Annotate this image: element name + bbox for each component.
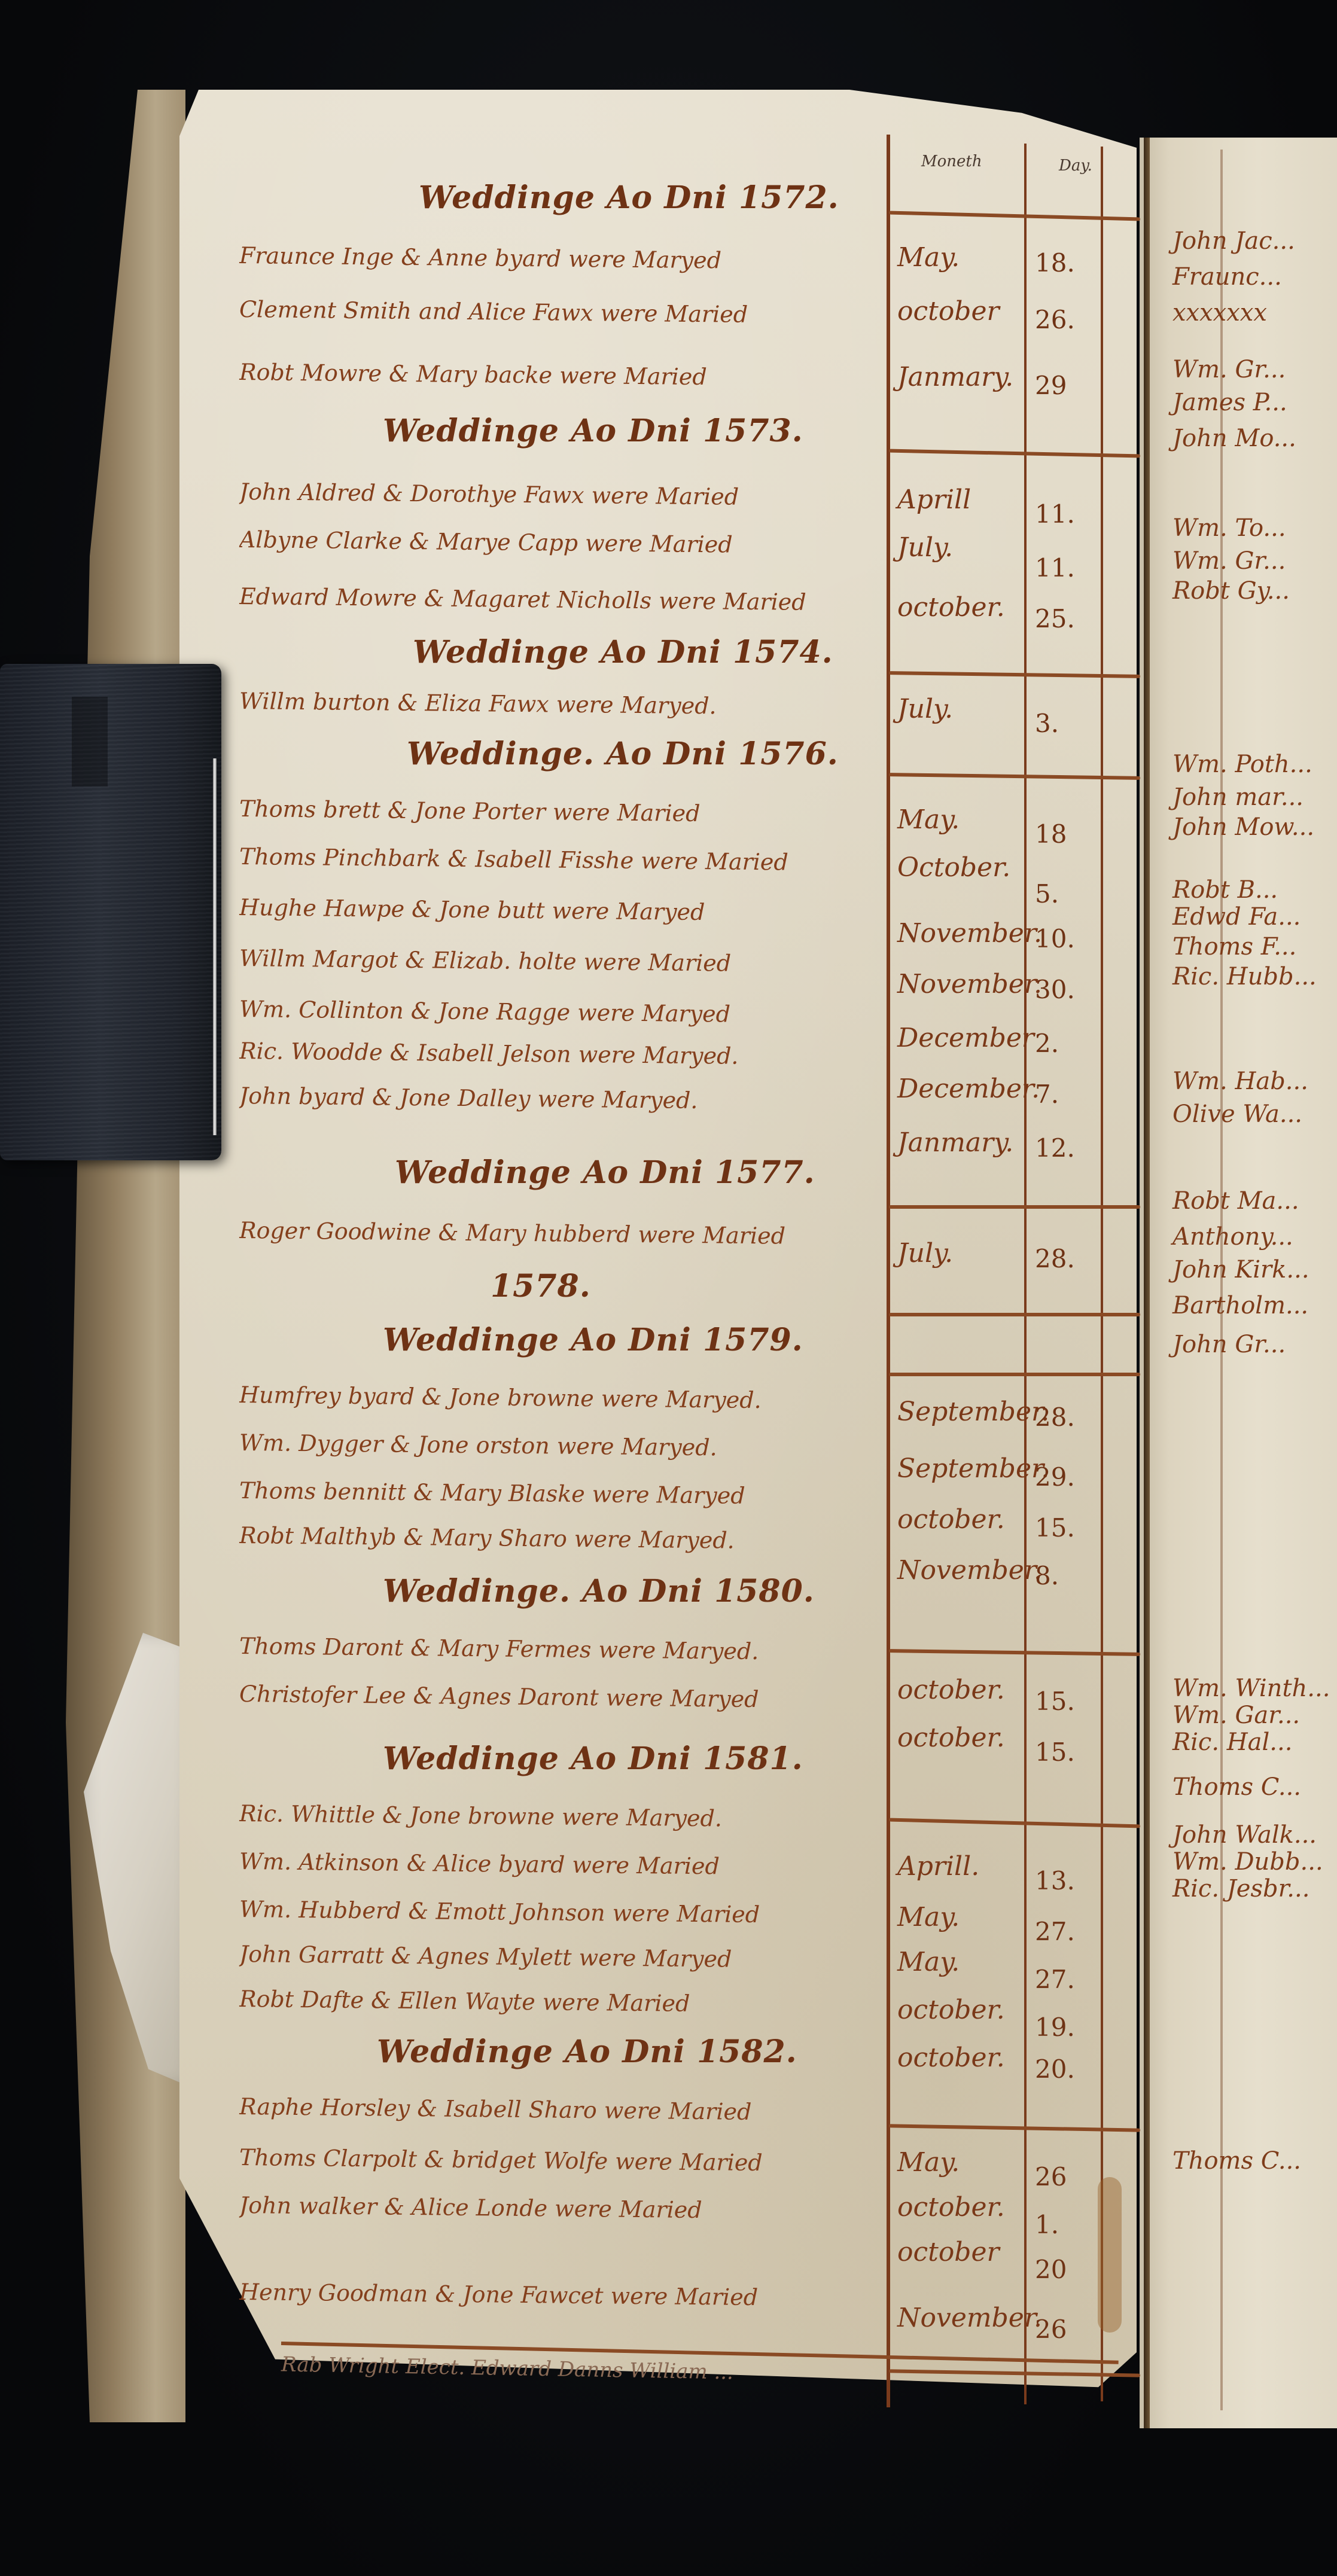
year-heading: Weddinge Ao Dni 1577.	[395, 1154, 815, 1191]
year-heading: Weddinge Ao Dni 1573.	[383, 413, 803, 449]
facing-page-name: James P...	[1172, 389, 1287, 416]
entry-day: 26.	[1035, 305, 1095, 334]
entry-month: Janmary.	[897, 362, 1017, 392]
facing-page-name: Robt Gy...	[1172, 577, 1290, 605]
entry-month: october.	[897, 1675, 1017, 1705]
entry-month: october.	[897, 2042, 1017, 2073]
entry-month: November.	[897, 918, 1017, 949]
facing-page-name: John Gr...	[1172, 1331, 1286, 1358]
facing-page-name: Wm. Dubb...	[1172, 1848, 1323, 1876]
year-separator-1577	[889, 1205, 1140, 1209]
entry-month: october.	[897, 592, 1017, 623]
facing-page-name: Wm. Gar...	[1172, 1702, 1300, 1729]
entry-month: July.	[897, 694, 1017, 724]
entry-day: 11.	[1035, 553, 1095, 583]
entry-day: 15.	[1035, 1737, 1095, 1767]
entry-day: 20.	[1035, 2054, 1095, 2084]
entry-day: 7.	[1035, 1080, 1095, 1109]
facing-page-name: Ric. Hubb...	[1172, 963, 1317, 990]
day-column-right-rule	[1101, 147, 1103, 2401]
facing-page-name: Thoms C...	[1172, 1773, 1301, 1801]
entry-day: 3.	[1035, 709, 1095, 738]
entry-day: 29.	[1035, 1462, 1095, 1492]
entry-day: 28.	[1035, 1244, 1095, 1273]
facing-page-name: Ric. Hal...	[1172, 1728, 1292, 1756]
entry-month: Janmary.	[897, 1127, 1017, 1158]
facing-page-name: John Mow...	[1172, 813, 1314, 841]
facing-page-name: Edwd Fa...	[1172, 903, 1301, 931]
entry-month: october	[897, 2237, 1017, 2267]
facing-page-name: Wm. Gr...	[1172, 356, 1286, 383]
entry-month: october.	[897, 2192, 1017, 2223]
facing-page-name: Olive Wa...	[1172, 1100, 1302, 1128]
facing-page-name: John Walk...	[1172, 1821, 1317, 1849]
entry-day: 30.	[1035, 975, 1095, 1004]
entry-day: 25.	[1035, 604, 1095, 633]
entry-day: 10.	[1035, 924, 1095, 953]
facing-page-name: Robt Ma...	[1172, 1187, 1299, 1215]
entry-day: 26	[1035, 2162, 1095, 2191]
entry-month: october.	[897, 1995, 1017, 2025]
entry-day: 28.	[1035, 1403, 1095, 1432]
day-column-header: Day.	[1059, 157, 1092, 175]
year-heading: Weddinge Ao Dni 1582.	[377, 2034, 797, 2070]
entry-month: December	[897, 1023, 1017, 1053]
entry-month: November.	[897, 2303, 1017, 2333]
entry-month: December.	[897, 1074, 1017, 1104]
entry-day: 15.	[1035, 1687, 1095, 1716]
year-separator-1579	[889, 1373, 1140, 1376]
entry-day: 18	[1035, 819, 1095, 849]
entry-month: September.	[897, 1397, 1017, 1427]
entry-day: 8.	[1035, 1561, 1095, 1590]
entry-month: November.	[897, 969, 1017, 999]
entry-month: october.	[897, 1723, 1017, 1753]
entry-month: october.	[897, 1504, 1017, 1535]
entry-month: May.	[897, 242, 1017, 273]
entry-day: 18.	[1035, 248, 1095, 278]
facing-page-name: Wm. Gr...	[1172, 547, 1286, 575]
entry-day: 26	[1035, 2315, 1095, 2344]
entry-day: 20	[1035, 2255, 1095, 2284]
year-heading: Weddinge Ao Dni 1574.	[413, 634, 833, 670]
month-column-rule	[887, 135, 890, 2407]
facing-page-name: John Kirk...	[1172, 1256, 1309, 1284]
facing-page-name: John mar...	[1172, 784, 1304, 811]
entry-month: Aprill	[897, 484, 1017, 515]
facing-page-name: John Jac...	[1172, 227, 1295, 255]
entry-month: July.	[897, 532, 1017, 563]
entry-month: November.	[897, 1555, 1017, 1586]
entry-day: 2.	[1035, 1029, 1095, 1058]
entry-day: 13.	[1035, 1866, 1095, 1895]
facing-page-name: Wm. Poth...	[1172, 751, 1312, 778]
entry-month: May.	[897, 1902, 1017, 1932]
entry-month: October.	[897, 852, 1017, 883]
year-separator-1578	[889, 1313, 1140, 1316]
facing-page-name: Ric. Jesbr...	[1172, 1875, 1309, 1903]
facing-page-name: Anthony...	[1172, 1223, 1293, 1251]
entry-month: Aprill.	[897, 1851, 1017, 1882]
facing-page-name: Wm. Winth...	[1172, 1675, 1330, 1702]
entry-month: May.	[897, 804, 1017, 835]
entry-month: May.	[897, 2147, 1017, 2178]
year-heading: Weddinge. Ao Dni 1576.	[407, 736, 839, 772]
facing-page-name: Wm. Hab...	[1172, 1068, 1308, 1095]
entry-day: 19.	[1035, 2013, 1095, 2042]
facing-page-name: Robt B...	[1172, 876, 1278, 904]
page-gutter	[1144, 138, 1150, 2428]
year-heading: Weddinge. Ao Dni 1580.	[383, 1573, 815, 1609]
facing-page-name: Bartholm...	[1172, 1292, 1308, 1319]
entry-month: July.	[897, 1238, 1017, 1269]
ink-stain	[1098, 2177, 1122, 2333]
facing-page-name: Wm. To...	[1172, 514, 1286, 542]
entry-month: May.	[897, 1947, 1017, 1977]
day-column-rule	[1024, 144, 1027, 2404]
year-heading: Weddinge Ao Dni 1581.	[383, 1740, 803, 1777]
entry-day: 27.	[1035, 1965, 1095, 1994]
facing-page-name: Thoms F...	[1172, 933, 1296, 961]
entry-day: 29	[1035, 371, 1095, 400]
facing-page-name: Thoms C...	[1172, 2147, 1301, 2175]
entry-day: 5.	[1035, 879, 1095, 909]
entry-day: 12.	[1035, 1133, 1095, 1163]
year-heading: Weddinge Ao Dni 1579.	[383, 1322, 803, 1358]
entry-day: 11.	[1035, 499, 1095, 529]
entry-day: 1.	[1035, 2210, 1095, 2239]
year-heading: Weddinge Ao Dni 1572.	[419, 179, 839, 216]
entry-day: 15.	[1035, 1513, 1095, 1542]
metal-clasp-pin	[213, 758, 217, 1135]
month-column-header: Moneth	[921, 153, 982, 170]
facing-page-name: Fraunc...	[1172, 263, 1282, 291]
year-heading: 1578.	[491, 1268, 591, 1304]
facing-page-name: xxxxxxx	[1172, 299, 1267, 327]
black-tape-clasp	[0, 664, 221, 1160]
facing-page-name: John Mo...	[1172, 425, 1296, 452]
entry-day: 27.	[1035, 1917, 1095, 1946]
entry-month: September.	[897, 1453, 1017, 1484]
entry-month: october	[897, 296, 1017, 327]
